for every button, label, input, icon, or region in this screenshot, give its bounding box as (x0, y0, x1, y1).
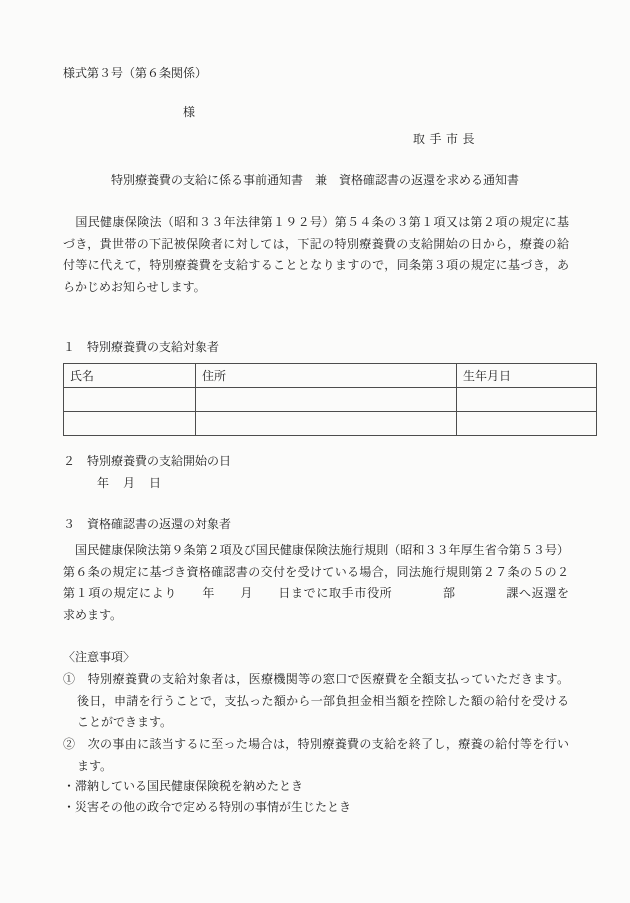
note-1-line: 後日，申請を行うことで，支払った額から一部負担金相当額を控除した額の給付を受ける (77, 691, 569, 713)
table-header-name: 氏名 (64, 364, 196, 388)
document-title: 特別療養費の支給に係る事前通知書 兼 資格確認書の返還を求める通知書 (0, 170, 630, 192)
payment-start-date-line: 年 月 日 (97, 473, 162, 495)
note-2-line: ます。 (77, 756, 569, 778)
table-cell-birthdate (457, 388, 597, 412)
table-header-birthdate: 生年月日 (457, 364, 597, 388)
sender-name: 取手市長 (413, 129, 479, 151)
table-cell-address (196, 412, 457, 436)
addressee-honorific: 様 (183, 102, 195, 124)
section-3-line: 求めます。 (63, 605, 569, 627)
note-bullet-tax-paid: ・滞納している国民健康保険税を納めたとき (63, 776, 569, 798)
notes-heading: 〈注意事項〉 (63, 647, 135, 669)
table-cell-name (64, 412, 196, 436)
form-number: 様式第３号（第６条関係） (63, 63, 207, 85)
section-3-line: 第６条の規定に基づき資格確認書の交付を受けている場合，同法施行規則第２７条の５の… (63, 562, 569, 584)
section-1-heading: １ 特別療養費の支給対象者 (63, 337, 219, 359)
table-cell-name (64, 388, 196, 412)
recipients-table: 氏名 住所 生年月日 (63, 363, 597, 436)
intro-line: 付等に代えて，特別療養費を支給することとなりますので，同条第３項の規定に基づき，… (63, 255, 569, 277)
note-1-line: ことができます。 (77, 712, 569, 734)
section-3-line: 国民健康保険法第９条第２項及び国民健康保険法施行規則（昭和３３年厚生省令第５３号… (63, 540, 569, 562)
section-3-heading: ３ 資格確認書の返還の対象者 (63, 514, 231, 536)
intro-paragraph: 国民健康保険法（昭和３３年法律第１９２号）第５４条の３第１項又は第２項の規定に基… (63, 212, 569, 299)
table-cell-birthdate (457, 412, 597, 436)
section-3-paragraph: 国民健康保険法第９条第２項及び国民健康保険法施行規則（昭和３３年厚生省令第５３号… (63, 540, 569, 627)
table-cell-address (196, 388, 457, 412)
intro-line: 国民健康保険法（昭和３３年法律第１９２号）第５４条の３第１項又は第２項の規定に基 (63, 212, 569, 234)
intro-line: らかじめお知らせします。 (63, 277, 569, 299)
note-item-2: ② 次の事由に該当するに至った場合は，特別療養費の支給を終了し，療養の給付等を行… (63, 734, 569, 777)
intro-line: づき，貴世帯の下記被保険者に対しては，下記の特別療養費の支給開始の日から，療養の… (63, 234, 569, 256)
table-row (64, 412, 597, 436)
note-1-line: ① 特別療養費の支給対象者は，医療機関等の窓口で医療費を全額支払っていただきます… (63, 669, 569, 691)
notice-document-page: 様式第３号（第６条関係） 様 取手市長 特別療養費の支給に係る事前通知書 兼 資… (0, 0, 630, 903)
table-header-address: 住所 (196, 364, 457, 388)
note-2-line: ② 次の事由に該当するに至った場合は，特別療養費の支給を終了し，療養の給付等を行… (63, 734, 569, 756)
table-row (64, 388, 597, 412)
section-2-heading: ２ 特別療養費の支給開始の日 (63, 451, 231, 473)
section-3-line: 第１項の規定により 年 月 日までに取手市役所 部 課へ返還を (63, 583, 569, 605)
note-item-1: ① 特別療養費の支給対象者は，医療機関等の窓口で医療費を全額支払っていただきます… (63, 669, 569, 734)
recipients-table-header-row: 氏名 住所 生年月日 (64, 364, 597, 388)
note-bullet-disaster: ・災害その他の政令で定める特別の事情が生じたとき (63, 797, 569, 819)
